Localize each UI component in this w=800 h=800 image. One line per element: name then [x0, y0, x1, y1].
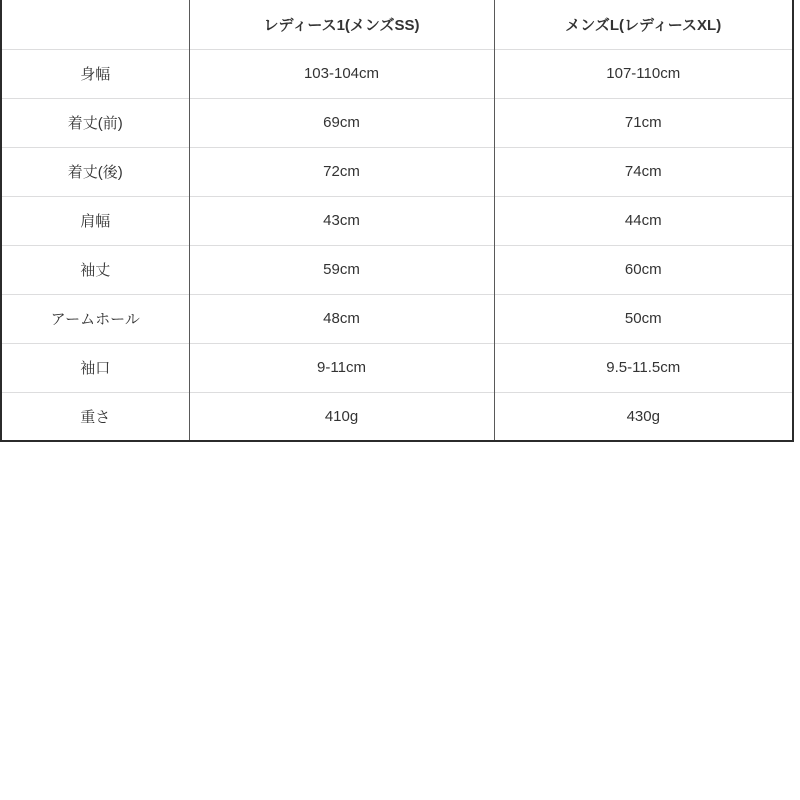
cell-value: 71cm: [494, 98, 793, 147]
row-label: 重さ: [1, 392, 189, 441]
column-header-size-1: レディース1(メンズSS): [189, 0, 494, 49]
cell-value: 9.5-11.5cm: [494, 343, 793, 392]
row-label: 肩幅: [1, 196, 189, 245]
table-row: 着丈(前) 69cm 71cm: [1, 98, 793, 147]
table-row: アームホール 48cm 50cm: [1, 294, 793, 343]
cell-value: 60cm: [494, 245, 793, 294]
header-corner-cell: [1, 0, 189, 49]
column-header-size-2: メンズL(レディースXL): [494, 0, 793, 49]
cell-value: 69cm: [189, 98, 494, 147]
cell-value: 44cm: [494, 196, 793, 245]
size-spec-table: レディース1(メンズSS) メンズL(レディースXL) 身幅 103-104cm…: [0, 0, 794, 442]
cell-value: 72cm: [189, 147, 494, 196]
table-row: 重さ 410g 430g: [1, 392, 793, 441]
table-row: 身幅 103-104cm 107-110cm: [1, 49, 793, 98]
row-label: アームホール: [1, 294, 189, 343]
cell-value: 410g: [189, 392, 494, 441]
cell-value: 48cm: [189, 294, 494, 343]
row-label: 着丈(前): [1, 98, 189, 147]
table-row: 着丈(後) 72cm 74cm: [1, 147, 793, 196]
cell-value: 50cm: [494, 294, 793, 343]
row-label: 着丈(後): [1, 147, 189, 196]
table-row: 袖口 9-11cm 9.5-11.5cm: [1, 343, 793, 392]
cell-value: 59cm: [189, 245, 494, 294]
cell-value: 430g: [494, 392, 793, 441]
cell-value: 9-11cm: [189, 343, 494, 392]
cell-value: 74cm: [494, 147, 793, 196]
row-label: 身幅: [1, 49, 189, 98]
row-label: 袖口: [1, 343, 189, 392]
header-row: レディース1(メンズSS) メンズL(レディースXL): [1, 0, 793, 49]
table-row: 袖丈 59cm 60cm: [1, 245, 793, 294]
row-label: 袖丈: [1, 245, 189, 294]
cell-value: 103-104cm: [189, 49, 494, 98]
table-row: 肩幅 43cm 44cm: [1, 196, 793, 245]
cell-value: 107-110cm: [494, 49, 793, 98]
cell-value: 43cm: [189, 196, 494, 245]
